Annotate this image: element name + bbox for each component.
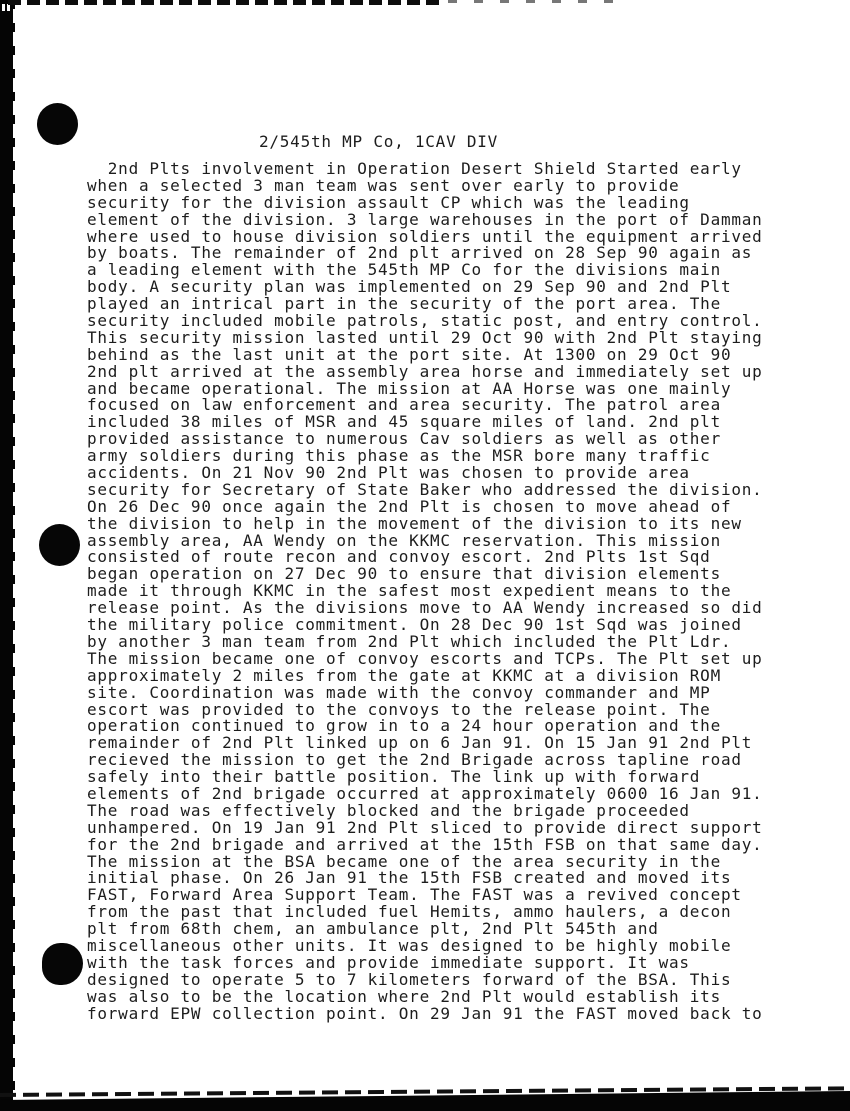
hole-punch-middle xyxy=(39,524,80,566)
scan-edge-top-dashes xyxy=(8,0,445,5)
text-line: for the 2nd brigade and arrived at the 1… xyxy=(87,837,787,854)
text-line: forward EPW collection point. On 29 Jan … xyxy=(87,1006,787,1023)
document-title: 2/545th MP Co, 1CAV DIV xyxy=(259,132,498,151)
scanned-document-page: 2/545th MP Co, 1CAV DIV 2nd Plts involve… xyxy=(0,0,850,1111)
scan-edge-left-bar xyxy=(0,0,13,1111)
document-body: 2nd Plts involvement in Operation Desert… xyxy=(87,161,787,1022)
hole-punch-bottom xyxy=(42,943,83,985)
text-line: site. Coordination was made with the con… xyxy=(87,685,787,702)
text-line: was also to be the location where 2nd Pl… xyxy=(87,989,787,1006)
scan-edge-top-dashes-faint xyxy=(448,0,623,3)
hole-punch-top xyxy=(37,103,78,145)
